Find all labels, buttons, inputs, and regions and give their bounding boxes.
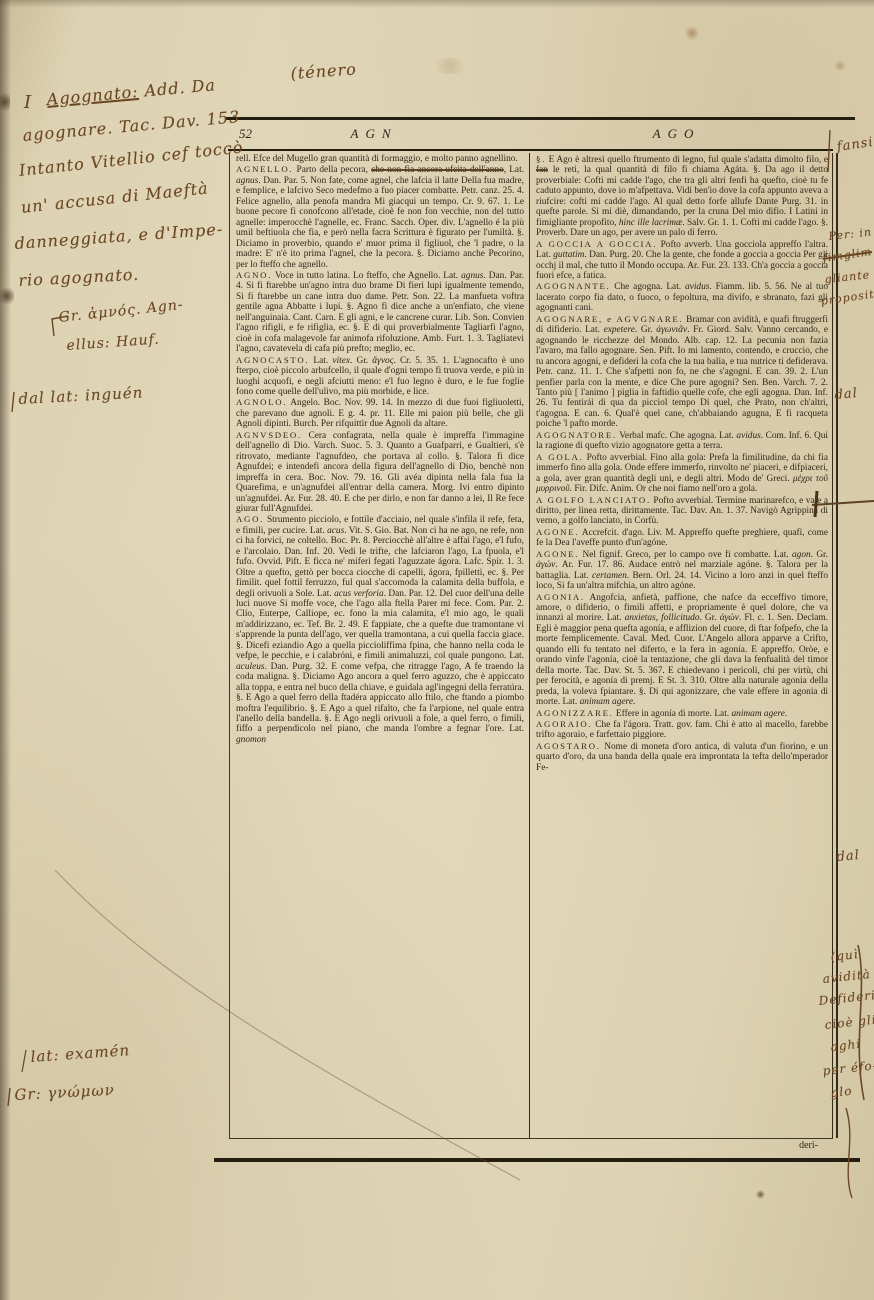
entry-paragraph: AGO. Strumento picciolo, e fottile d'acc… (236, 514, 524, 745)
header-rule (228, 149, 833, 151)
entry-paragraph: AGOGNANTE. Che agogna. Lat. avidus. Fiam… (536, 281, 828, 313)
entry-headword: AGNELLO. (236, 164, 293, 174)
entry-paragraph: AGOGNARE, e AGVGNARE. Bramar con avidità… (536, 314, 828, 430)
entry-paragraph: rell. Efce del Mugello gran quantità di … (236, 154, 524, 164)
entry-paragraph: AGNELLO. Parto della pecora, che non fia… (236, 164, 524, 270)
margin-note: glo (830, 1084, 853, 1100)
entry-paragraph: A GOLA. Pofto avverbial. Fino alla gola:… (536, 452, 828, 495)
entry-headword: A GOCCIA A GOCCIA. (536, 239, 657, 249)
catchword: deri- (799, 1140, 818, 1151)
entry-paragraph: AGOSTARO. Nome di moneta d'oro antica, d… (536, 741, 828, 773)
entry-paragraph: AGNOLO. Angelo. Boc. Nov. 99. 14. In mez… (236, 397, 524, 429)
entry-paragraph: AGONIZZARE. Effere in agonía di morte. L… (536, 708, 828, 719)
entry-paragraph: A GOLFO LANCIATO. Pofto avverbial. Termi… (536, 495, 828, 527)
entry-paragraph: AGONE. Nel fignif. Greco, per lo campo o… (536, 549, 828, 592)
margin-note: dal (836, 848, 860, 865)
entry-headword: AGNO. (236, 270, 272, 280)
bottom-rule (214, 1158, 860, 1162)
page-left-edge-shadow (0, 0, 11, 1300)
right-column: §. E Ago è altresì quello ftrumento di l… (530, 153, 833, 1139)
left-column: rell. Efce del Mugello gran quantità di … (230, 153, 530, 1139)
entry-paragraph: AGONIA. Angofcia, anfietà, paffione, che… (536, 592, 828, 708)
entry-headword: AGONIZZARE. (536, 708, 614, 718)
text-columns: rell. Efce del Mugello gran quantità di … (229, 153, 833, 1139)
running-header: 52 AGN AGO (229, 126, 832, 144)
running-head-left: AGN (229, 126, 519, 142)
entry-headword: AGOSTARO. (536, 741, 601, 751)
page-top-edge-shadow (0, 0, 874, 8)
entry-headword: AGONIA. (536, 592, 585, 602)
entry-paragraph: AGNOCASTO. Lat. vitex. Gr. ἄγνος. Cr. 5.… (236, 355, 524, 398)
entry-headword: AGORAIO. (536, 719, 592, 729)
entry-headword: AGONE. (536, 549, 579, 559)
entry-headword: AGOGNARE, e AGVGNARE. (536, 314, 683, 324)
margin-note: dal (834, 386, 858, 403)
entry-headword: A GOLA. (536, 452, 583, 462)
entry-headword: AGNOCASTO. (236, 355, 309, 365)
entry-headword: AGNOLO. (236, 397, 287, 407)
margin-note: I (24, 92, 32, 113)
entry-paragraph: §. E Ago è altresì quello ftrumento di l… (536, 154, 828, 239)
entry-headword: §. (536, 154, 546, 164)
margin-note: (quì (830, 947, 859, 964)
entry-paragraph: AGOGNATORE. Verbal mafc. Che agogna. Lat… (536, 430, 828, 452)
entry-paragraph: AGORAIO. Che fa l'ágora. Tratt. gov. fam… (536, 719, 828, 741)
entry-headword: AGNVSDEO. (236, 430, 302, 440)
top-rule (226, 117, 855, 120)
printed-page-block: 52 AGN AGO rell. Efce del Mugello gran q… (229, 117, 832, 1164)
entry-headword: AGONE. (536, 527, 579, 537)
entry-paragraph: AGNVSDEO. Cera confagrata, nella quale è… (236, 430, 524, 515)
entry-headword: AGOGNANTE. (536, 281, 610, 291)
entry-paragraph: A GOCCIA A GOCCIA. Pofto avverb. Una goc… (536, 239, 828, 282)
entry-paragraph: AGNO. Voce in tutto latina. Lo fteffo, c… (236, 270, 524, 355)
entry-headword: A GOLFO LANCIATO. (536, 495, 651, 505)
entry-headword: AGOGNATORE. (536, 430, 617, 440)
entry-paragraph: AGONE. Accrefcit. d'ago. Liv. M. Appreff… (536, 527, 828, 549)
running-head-right: AGO (529, 126, 824, 142)
entry-headword: AGO. (236, 514, 264, 524)
